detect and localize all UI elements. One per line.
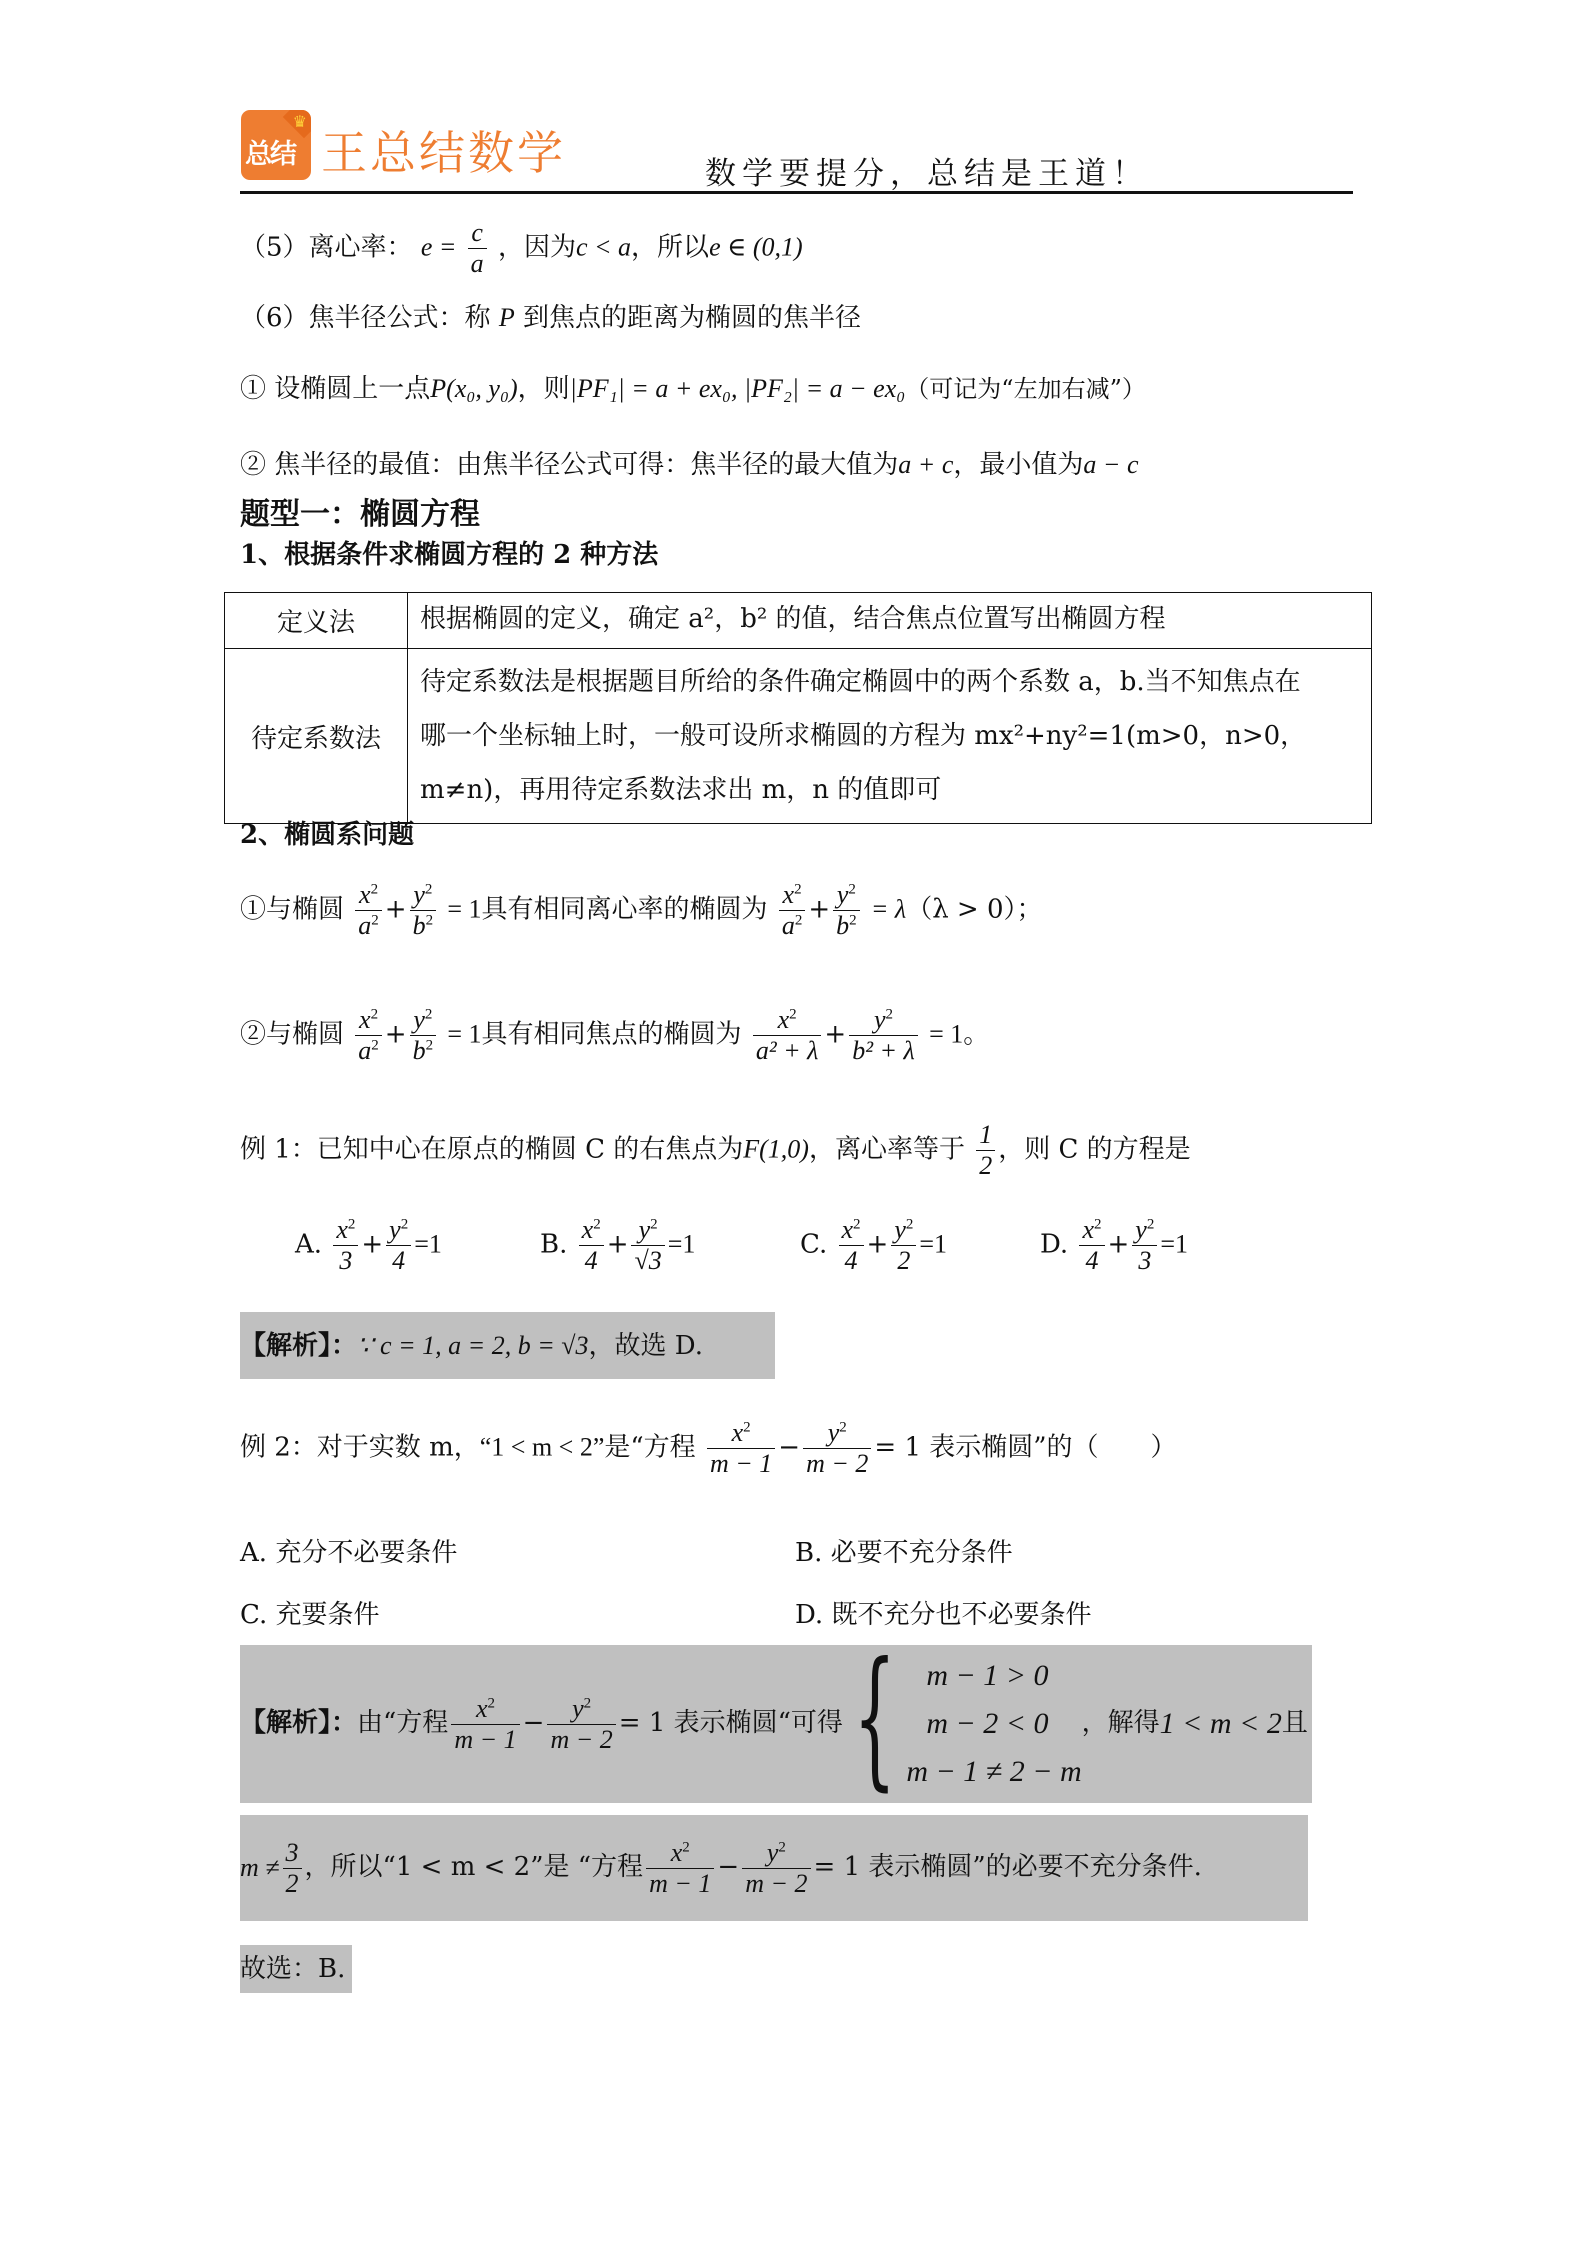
fraction: y2b2 <box>410 880 437 941</box>
fraction: x2a² + λ <box>753 1005 822 1066</box>
example-2-solution-part-1: 【解析】：由“方程 x2m − 1−y2m − 2 = 1 表示椭圆“可得 { … <box>240 1645 1312 1803</box>
text: 具有相同离心率的椭圆为 <box>482 894 768 924</box>
math: = 1 <box>447 894 481 923</box>
math: = 1 <box>447 1019 481 1048</box>
text: ，因为 <box>498 232 576 262</box>
text: ，最小值为 <box>953 450 1083 480</box>
fraction: x2a2 <box>355 1005 382 1066</box>
marker: ① <box>240 894 266 924</box>
math: e = <box>421 232 457 261</box>
method-name: 定义法 <box>225 593 408 649</box>
math: = λ <box>871 894 906 923</box>
text: ，则 <box>518 374 570 404</box>
math: = 1。 <box>929 1019 989 1048</box>
fraction: x2a2 <box>779 880 806 941</box>
fraction: x2a2 <box>355 880 382 941</box>
example-1-option-d[interactable]: D. x24+y23=1 <box>1040 1215 1188 1276</box>
example-1-option-a[interactable]: A. x23+y24=1 <box>295 1215 442 1276</box>
focal-radius-formula: ① 设椭圆上一点P(x₀, y₀)，则|PF₁| = a + ex₀, |PF₂… <box>240 373 1146 405</box>
example-1-question: 例 1：已知中心在原点的椭圆 C 的右焦点为F(1,0)，离心率等于 12，则 … <box>240 1120 1191 1181</box>
condition: （λ > 0）； <box>906 894 1042 924</box>
marker: ② <box>240 450 266 480</box>
inequality-system: m − 1 > 0 m − 2 < 0 m − 1 ≠ 2 − m <box>906 1652 1081 1796</box>
method-desc: 根据椭圆的定义，确定 a²，b² 的值，结合焦点位置写出椭圆方程 <box>408 593 1372 649</box>
text: 设椭圆上一点 <box>274 374 430 404</box>
text: = 1 表示椭圆”的（ ） <box>874 1432 1176 1462</box>
math: P(x₀, y₀) <box>430 374 517 403</box>
brand-name: 王总结数学 <box>321 117 566 183</box>
fraction: y2b2 <box>833 880 860 941</box>
brace: { <box>853 1643 896 1793</box>
text: 是“方程 <box>604 1432 695 1462</box>
marker: ② <box>240 1019 266 1049</box>
crown-icon: ♛ <box>293 112 307 131</box>
text: 与椭圆 <box>266 894 344 924</box>
example-2-solution-part-2: m ≠ 32 ，所以“1 < m < 2”是 “方程 x2m − 1−y2m −… <box>240 1815 1308 1921</box>
motto: 数学要提分，总结是王道！ <box>705 148 1149 193</box>
desc-line: 哪一个坐标轴上时，一般可设所求椭圆的方程为 mx²+ny²=1(m>0，n>0， <box>420 709 1359 763</box>
fraction: y2b² + λ <box>849 1005 918 1066</box>
desc-line: m≠n)，再用待定系数法求出 m，n 的值即可 <box>420 763 1359 817</box>
math: |PF₁| = a + ex₀, |PF₂| = a − ex₀ <box>570 374 906 403</box>
fraction: y2b2 <box>410 1005 437 1066</box>
text: 与椭圆 <box>266 1019 344 1049</box>
method-desc: 待定系数法是根据题目所给的条件确定椭圆中的两个系数 a，b.当不知焦点在 哪一个… <box>408 649 1372 824</box>
text: 例 1：已知中心在原点的椭圆 C 的右焦点为 <box>240 1134 743 1164</box>
fraction: c a <box>468 218 487 279</box>
label: （6）焦半径公式：称 <box>240 303 491 333</box>
math: F(1,0) <box>743 1134 809 1163</box>
note: （可记为“左加右减”） <box>905 375 1146 403</box>
fraction: 12 <box>976 1120 995 1181</box>
desc-line: 待定系数法是根据题目所给的条件确定椭圆中的两个系数 a，b.当不知焦点在 <box>420 655 1359 709</box>
marker: ① <box>240 374 266 404</box>
text: 到焦点的距离为椭圆的焦半径 <box>523 303 861 333</box>
header-divider <box>240 191 1353 194</box>
example-1-option-c[interactable]: C. x24+y22=1 <box>800 1215 947 1276</box>
text: ，所以 <box>631 232 709 262</box>
denominator: a <box>468 249 487 279</box>
example-2-option-b[interactable]: B. 必要不充分条件 <box>795 1538 1013 1569</box>
subsection-title: 2、椭圆系问题 <box>240 820 414 851</box>
math: a − c <box>1083 450 1138 479</box>
desc-line: 根据椭圆的定义，确定 a²，b² 的值，结合焦点位置写出椭圆方程 <box>420 599 1359 639</box>
logo: ♛ 总结 <box>241 110 311 180</box>
focal-radius-line: （6）焦半径公式：称 P 到焦点的距离为椭圆的焦半径 <box>240 302 861 334</box>
method-name: 待定系数法 <box>225 649 408 824</box>
example-2-question: 例 2：对于实数 m，“1 < m < 2”是“方程 x2m − 1−y2m −… <box>240 1418 1177 1479</box>
example-2-answer: 故选：B. <box>240 1945 352 1993</box>
label: （5）离心率： <box>240 232 413 262</box>
methods-table: 定义法 根据椭圆的定义，确定 a²，b² 的值，结合焦点位置写出椭圆方程 待定系… <box>224 592 1372 824</box>
same-eccentricity-line: ①与椭圆 x2a2+y2b2 = 1具有相同离心率的椭圆为 x2a2+y2b2 … <box>240 880 1043 941</box>
text: 例 2：对于实数 m， <box>240 1432 480 1462</box>
eccentricity-line: （5）离心率： e = c a ，因为c < a，所以e ∈ (0,1) <box>240 218 803 279</box>
subsection-title: 1、根据条件求椭圆方程的 2 种方法 <box>240 540 658 571</box>
same-foci-line: ②与椭圆 x2a2+y2b2 = 1具有相同焦点的椭圆为 x2a² + λ+y2… <box>240 1005 989 1066</box>
text: ，离心率等于 <box>809 1134 965 1164</box>
text: ，则 C 的方程是 <box>998 1134 1190 1164</box>
math: P <box>499 303 515 332</box>
example-2-option-a[interactable]: A. 充分不必要条件 <box>240 1538 457 1569</box>
example-2-option-d[interactable]: D. 既不充分也不必要条件 <box>795 1600 1091 1631</box>
math: e ∈ (0,1) <box>709 232 803 261</box>
section-title: 题型一：椭圆方程 <box>240 497 480 533</box>
example-2-option-c[interactable]: C. 充要条件 <box>240 1600 380 1631</box>
example-1-option-b[interactable]: B. x24+y2√3=1 <box>540 1215 695 1276</box>
numerator: c <box>468 218 486 248</box>
math: “1 < m < 2” <box>480 1432 605 1461</box>
math: c < a <box>576 232 631 261</box>
text: 具有相同焦点的椭圆为 <box>482 1019 742 1049</box>
logo-text: 总结 <box>245 132 295 171</box>
text: 焦半径的最值：由焦半径公式可得：焦半径的最大值为 <box>274 450 898 480</box>
example-1-solution: 【解析】：∵ c = 1, a = 2, b = √3，故选 D. <box>240 1312 775 1379</box>
math: a + c <box>898 450 953 479</box>
table-row: 待定系数法 待定系数法是根据题目所给的条件确定椭圆中的两个系数 a，b.当不知焦… <box>225 649 1372 824</box>
focal-radius-extrema: ② 焦半径的最值：由焦半径公式可得：焦半径的最大值为a + c，最小值为a − … <box>240 449 1139 481</box>
table-row: 定义法 根据椭圆的定义，确定 a²，b² 的值，结合焦点位置写出椭圆方程 <box>225 593 1372 649</box>
